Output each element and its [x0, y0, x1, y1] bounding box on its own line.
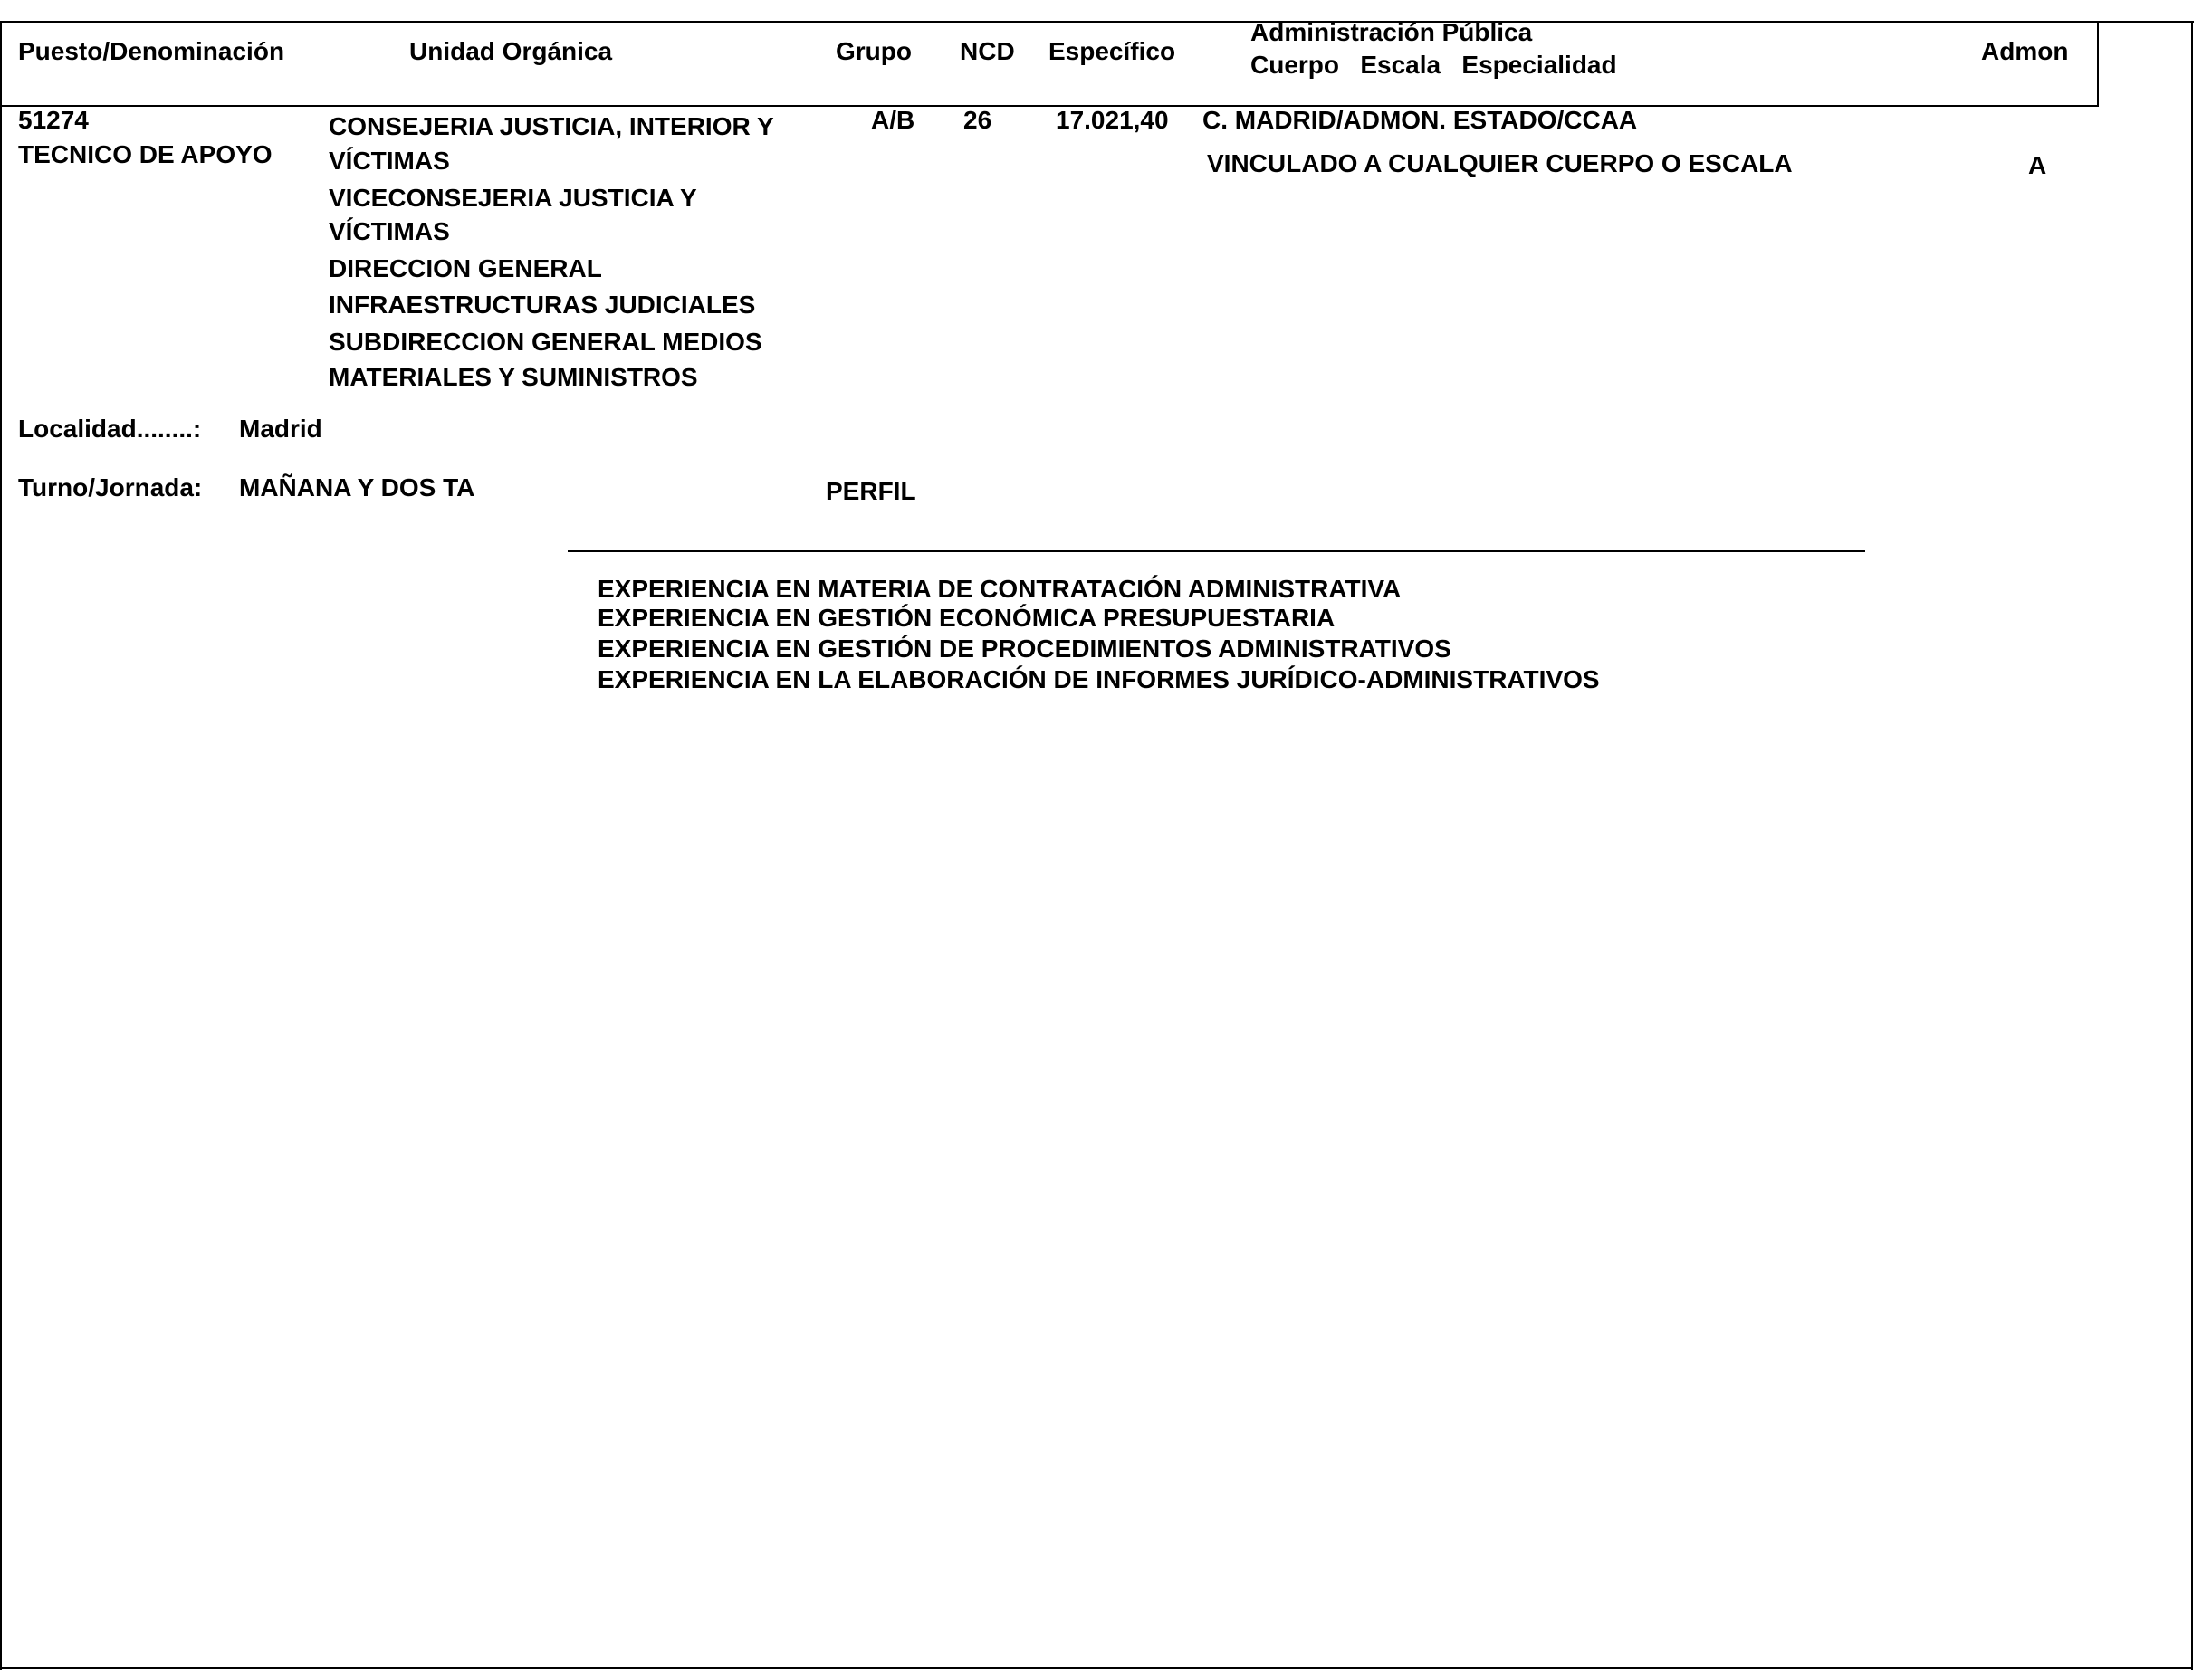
perfil-divider	[568, 550, 1865, 552]
turno-label: Turno/Jornada:	[18, 475, 202, 501]
ncd-value: 26	[963, 108, 991, 133]
perfil-item: EXPERIENCIA EN GESTIÓN ECONÓMICA PRESUPU…	[598, 606, 1335, 631]
header-grupo: Grupo	[836, 39, 912, 64]
perfil-title: PERFIL	[826, 479, 916, 504]
unidad-line: VÍCTIMAS	[329, 148, 450, 174]
perfil-item: EXPERIENCIA EN MATERIA DE CONTRATACIÓN A…	[598, 577, 1401, 602]
unidad-line: VÍCTIMAS	[329, 219, 450, 244]
perfil-item: EXPERIENCIA EN GESTIÓN DE PROCEDIMIENTOS…	[598, 636, 1451, 662]
perfil-item: EXPERIENCIA EN LA ELABORACIÓN DE INFORME…	[598, 667, 1600, 692]
header-ncd: NCD	[960, 39, 1015, 64]
header-administracion-publica: Administración Pública	[1250, 20, 1532, 45]
header-bottom-rule	[0, 105, 2099, 107]
grupo-value: A/B	[871, 108, 914, 133]
unidad-line: INFRAESTRUCTURAS JUDICIALES	[329, 292, 755, 318]
cuerpo-escala-value: VINCULADO A CUALQUIER CUERPO O ESCALA	[1207, 151, 1793, 177]
administracion-value: C. MADRID/ADMON. ESTADO/CCAA	[1202, 108, 1637, 133]
frame-right-border	[2191, 21, 2193, 1670]
puesto-codigo: 51274	[18, 108, 89, 133]
header-especifico: Específico	[1048, 39, 1175, 64]
admon-value: A	[2028, 153, 2046, 178]
frame-bottom-border	[0, 1667, 2193, 1669]
localidad-value: Madrid	[239, 416, 322, 442]
header-right-rule	[2097, 21, 2099, 107]
header-unidad-organica: Unidad Orgánica	[409, 39, 612, 64]
especifico-value: 17.021,40	[1056, 108, 1169, 133]
header-admon: Admon	[1981, 39, 2068, 64]
unidad-line: SUBDIRECCION GENERAL MEDIOS	[329, 329, 762, 355]
unidad-line: VICECONSEJERIA JUSTICIA Y	[329, 186, 697, 211]
header-cuerpo-escala-especialidad: Cuerpo Escala Especialidad	[1250, 52, 1617, 78]
unidad-line: CONSEJERIA JUSTICIA, INTERIOR Y	[329, 114, 774, 139]
header-puesto: Puesto/Denominación	[18, 39, 284, 64]
frame-left-border	[0, 21, 2, 1670]
puesto-denominacion: TECNICO DE APOYO	[18, 142, 273, 167]
unidad-line: MATERIALES Y SUMINISTROS	[329, 365, 698, 390]
unidad-line: DIRECCION GENERAL	[329, 256, 602, 282]
frame-top-border	[0, 21, 2194, 23]
localidad-label: Localidad........:	[18, 416, 201, 442]
turno-value: MAÑANA Y DOS TA	[239, 475, 474, 501]
